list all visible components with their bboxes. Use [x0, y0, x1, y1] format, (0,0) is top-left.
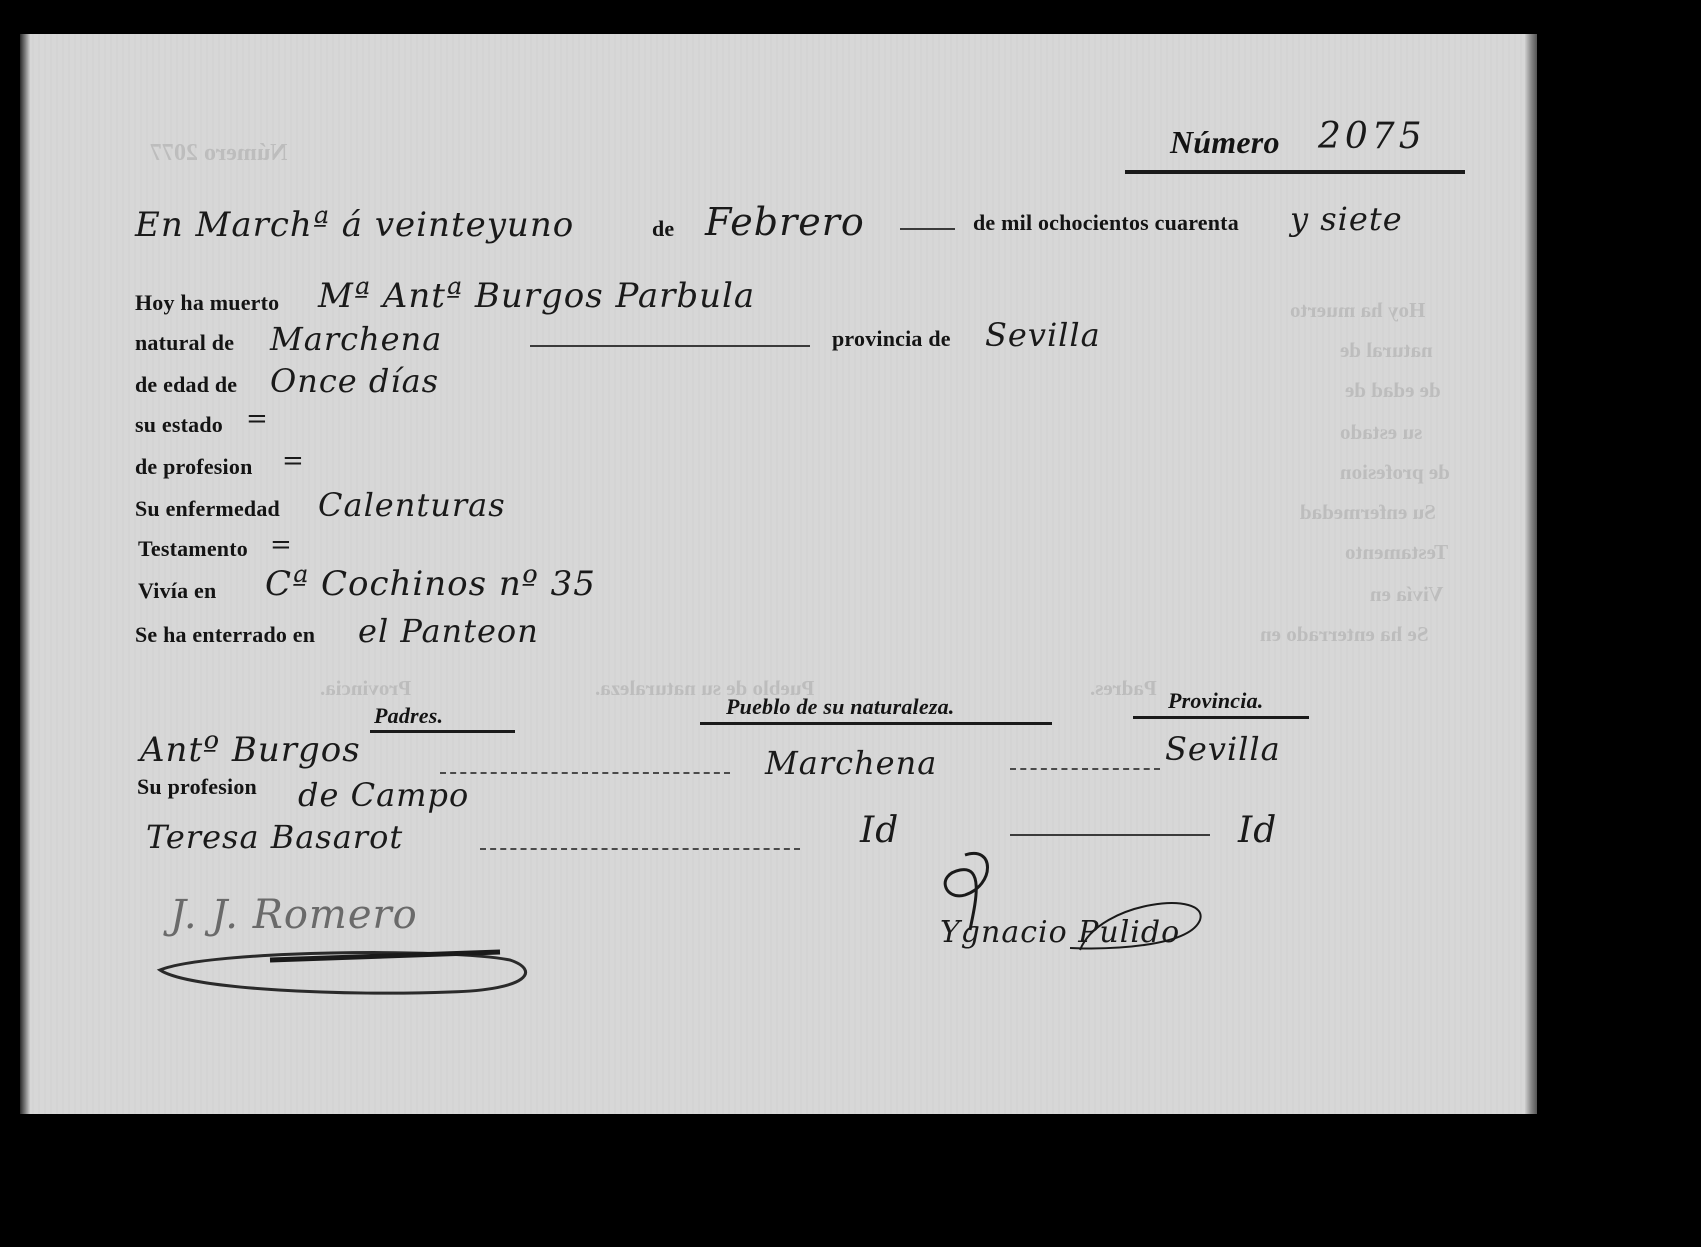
- field-value-deceased: Mª Antª Burgos Parbula: [318, 276, 755, 316]
- bleed-through-line: de edad de: [1345, 378, 1441, 403]
- field-value-enfermedad: Calenturas: [318, 486, 506, 524]
- numero-label: Número: [1170, 124, 1280, 161]
- bleed-through-line: natural de: [1340, 338, 1433, 363]
- field-label-vivia: Vivía en: [138, 578, 216, 604]
- numero-value: 2075: [1318, 116, 1426, 157]
- signature-left-flourish: [150, 930, 550, 1010]
- fill-dashes: [480, 848, 800, 850]
- bleed-through-line: Testamento: [1345, 540, 1448, 565]
- bleed-through-line: su estado: [1340, 420, 1422, 445]
- bleed-through-line: Se ha enterrado en: [1260, 622, 1429, 647]
- header-padres: Padres.: [374, 703, 443, 729]
- field-label-estado: su estado: [135, 412, 223, 438]
- provincia-value: Sevilla: [985, 316, 1101, 354]
- field-value-enterrado: el Panteon: [358, 612, 539, 650]
- year-handwritten: y siete: [1290, 200, 1403, 238]
- mother-name: Teresa Basarot: [146, 818, 403, 856]
- mother-pueblo: Id: [860, 810, 899, 851]
- header-provincia-underline: [1133, 716, 1309, 719]
- place-handwritten: En Marchª á veinteyuno: [135, 205, 574, 245]
- field-label-edad: de edad de: [135, 372, 237, 398]
- fill-dashes: [440, 772, 730, 774]
- field-label-profesion: de profesion: [135, 454, 253, 480]
- mother-provincia: Id: [1238, 810, 1277, 851]
- fill-line: [530, 345, 810, 347]
- field-value-vivia: Cª Cochinos nº 35: [265, 564, 596, 604]
- bleed-through-header: Padres.: [1090, 676, 1157, 701]
- bleed-through-header: Provincia.: [320, 676, 411, 701]
- field-value-profesion: =: [282, 446, 305, 476]
- month-handwritten: Febrero: [705, 200, 865, 244]
- father-provincia: Sevilla: [1165, 730, 1281, 768]
- bleed-through-line: Vivía en: [1370, 582, 1443, 607]
- bleed-through-numero: Número 2077: [150, 140, 288, 167]
- bleed-through-line: de profesion: [1340, 460, 1450, 485]
- bleed-through-line: Su enfermedad: [1300, 500, 1436, 525]
- profession-label: Su profesion: [137, 774, 257, 800]
- father-pueblo: Marchena: [765, 744, 937, 782]
- bleed-through-line: Hoy ha muerto: [1290, 298, 1425, 323]
- header-padres-underline: [370, 730, 515, 733]
- field-label-enterrado: Se ha enterrado en: [135, 622, 315, 648]
- field-value-estado: =: [246, 404, 269, 434]
- fill-line: [900, 228, 955, 230]
- field-value-natural: Marchena: [270, 320, 442, 358]
- page-edge-right: [1525, 34, 1537, 1114]
- field-label-testamento: Testamento: [138, 536, 248, 562]
- year-printed: de mil ochocientos cuarenta: [973, 210, 1239, 236]
- de-label: de: [652, 216, 674, 242]
- field-label-enfermedad: Su enfermedad: [135, 496, 280, 522]
- field-label-deceased: Hoy ha muerto: [135, 290, 279, 316]
- fill-dashes: [1010, 768, 1160, 770]
- numero-underline: [1125, 170, 1465, 174]
- father-name: Antº Burgos: [140, 730, 361, 770]
- field-value-testamento: =: [270, 530, 293, 560]
- provincia-label: provincia de: [832, 326, 951, 352]
- fill-line: [1010, 834, 1210, 836]
- signature-right-flourish: [1060, 890, 1240, 960]
- profession-value: de Campo: [298, 776, 469, 814]
- header-provincia: Provincia.: [1168, 688, 1264, 714]
- header-pueblo: Pueblo de su naturaleza.: [726, 694, 955, 720]
- header-pueblo-underline: [700, 722, 1052, 725]
- field-value-edad: Once días: [270, 362, 439, 400]
- page-binding-edge-left: [20, 34, 30, 1114]
- field-label-natural: natural de: [135, 330, 234, 356]
